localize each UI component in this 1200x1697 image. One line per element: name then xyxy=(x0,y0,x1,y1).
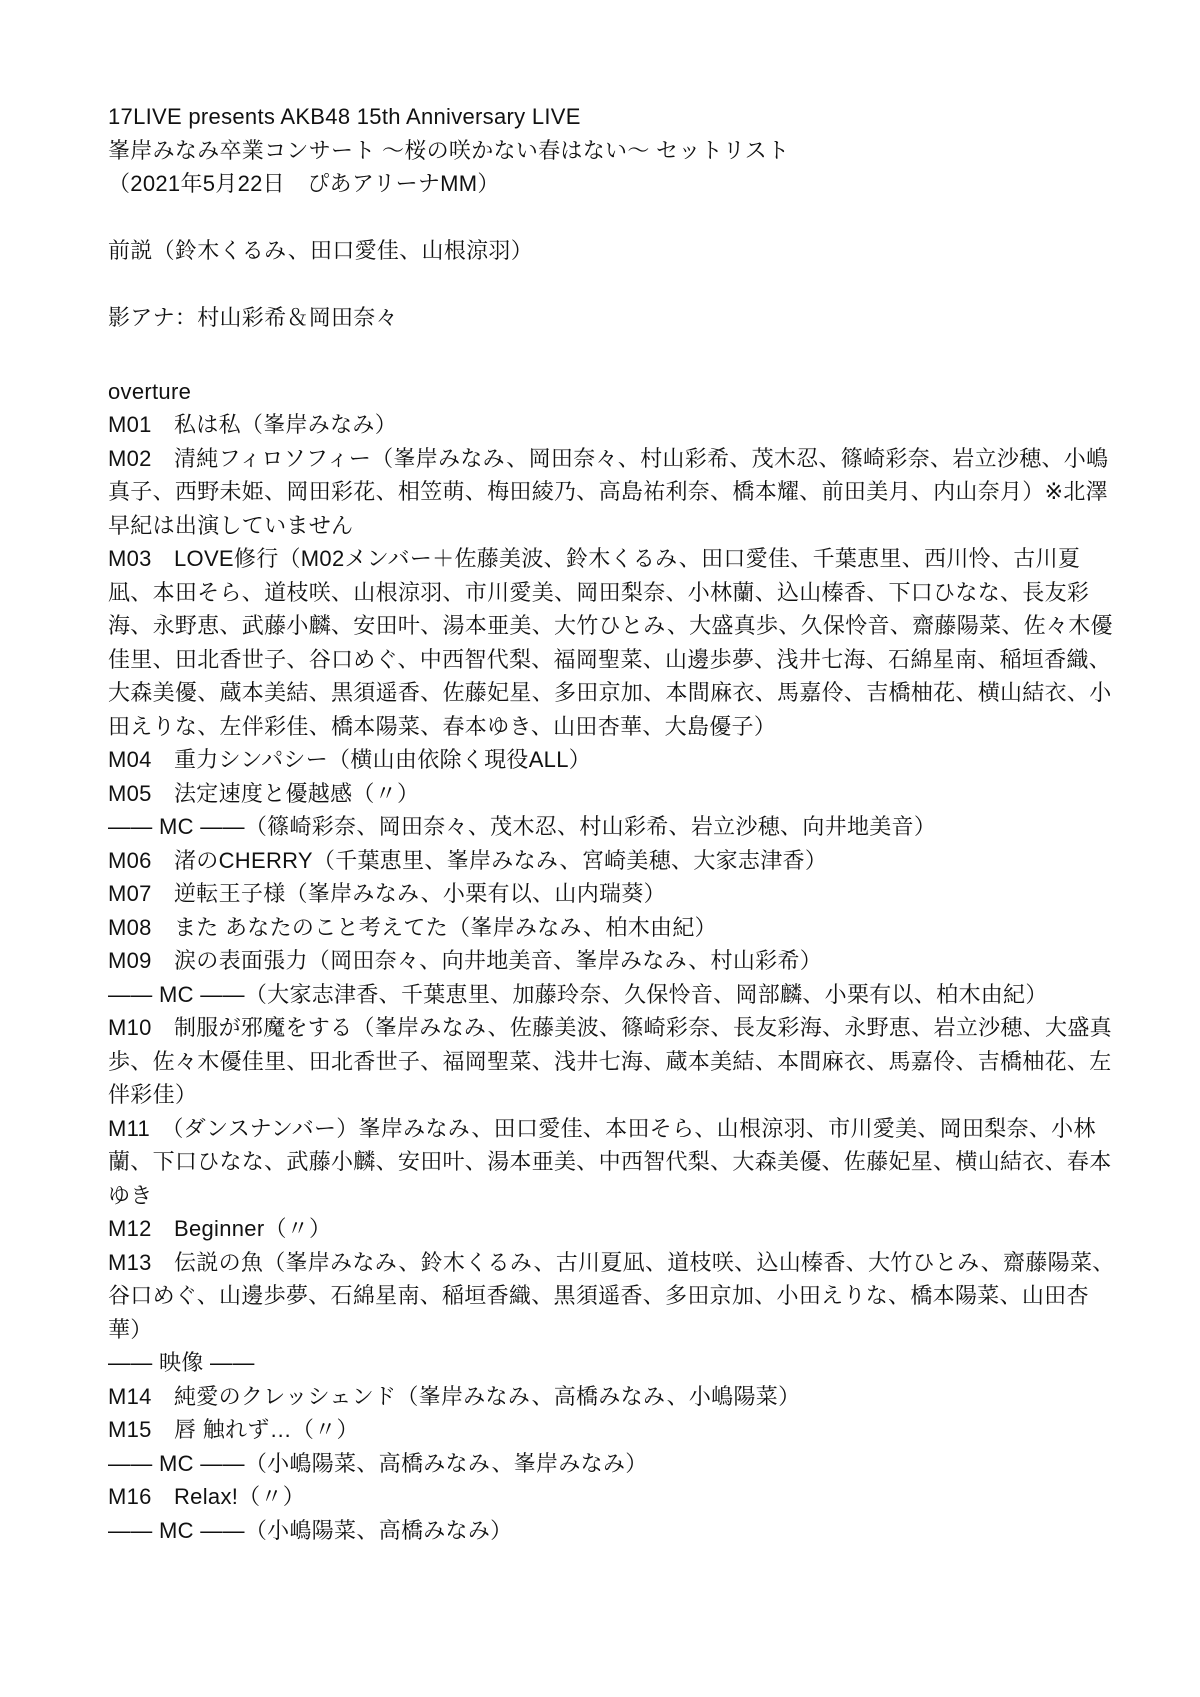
setlist-line: M06 渚のCHERRY（千葉恵里、峯岸みなみ、宮崎美穂、大家志津香） xyxy=(108,844,1115,878)
setlist-line: ―― 映像 ―― xyxy=(108,1346,1115,1380)
concert-subtitle: 峯岸みなみ卒業コンサート ～桜の咲かない春はない～ セットリスト xyxy=(108,134,1115,168)
setlist-line: M11 （ダンスナンバー）峯岸みなみ、田口愛佳、本田そら、山根涼羽、市川愛美、岡… xyxy=(108,1112,1115,1213)
setlist-line: M14 純愛のクレッシェンド（峯岸みなみ、高橋みなみ、小嶋陽菜） xyxy=(108,1380,1115,1414)
setlist: overtureM01 私は私（峯岸みなみ）M02 清純フィロソフィー（峯岸みな… xyxy=(108,375,1115,1548)
setlist-line: M12 Beginner（〃） xyxy=(108,1212,1115,1246)
event-date-venue: （2021年5月22日 ぴあアリーナMM） xyxy=(108,167,1115,201)
setlist-line: ―― MC ――（大家志津香、千葉恵里、加藤玲奈、久保怜音、岡部麟、小栗有以、柏… xyxy=(108,978,1115,1012)
setlist-line: M13 伝説の魚（峯岸みなみ、鈴木くるみ、古川夏凪、道枝咲、込山榛香、大竹ひとみ… xyxy=(108,1246,1115,1347)
shadow-announcement-line: 影アナ：村山彩希＆岡田奈々 xyxy=(108,301,1115,335)
spacer xyxy=(108,268,1115,302)
setlist-line: M07 逆転王子様（峯岸みなみ、小栗有以、山内瑞葵） xyxy=(108,877,1115,911)
setlist-line: M15 唇 触れず…（〃） xyxy=(108,1413,1115,1447)
spacer xyxy=(108,335,1115,375)
setlist-document: 17LIVE presents AKB48 15th Anniversary L… xyxy=(0,0,1200,1697)
setlist-line: M08 また あなたのこと考えてた（峯岸みなみ、柏木由紀） xyxy=(108,911,1115,945)
setlist-line: M16 Relax!（〃） xyxy=(108,1480,1115,1514)
setlist-line: M04 重力シンパシー（横山由依除く現役ALL） xyxy=(108,743,1115,777)
setlist-line: M05 法定速度と優越感（〃） xyxy=(108,777,1115,811)
spacer xyxy=(108,201,1115,235)
setlist-line: ―― MC ――（篠崎彩奈、岡田奈々、茂木忍、村山彩希、岩立沙穂、向井地美音） xyxy=(108,810,1115,844)
setlist-line: M10 制服が邪魔をする（峯岸みなみ、佐藤美波、篠崎彩奈、長友彩海、永野恵、岩立… xyxy=(108,1011,1115,1112)
setlist-line: ―― MC ――（小嶋陽菜、高橋みなみ、峯岸みなみ） xyxy=(108,1447,1115,1481)
setlist-line: ―― MC ――（小嶋陽菜、高橋みなみ） xyxy=(108,1514,1115,1548)
preshow-line: 前説（鈴木くるみ、田口愛佳、山根涼羽） xyxy=(108,234,1115,268)
setlist-line: M03 LOVE修行（M02メンバー＋佐藤美波、鈴木くるみ、田口愛佳、千葉恵里、… xyxy=(108,542,1115,743)
event-title: 17LIVE presents AKB48 15th Anniversary L… xyxy=(108,100,1115,134)
setlist-line: M09 涙の表面張力（岡田奈々、向井地美音、峯岸みなみ、村山彩希） xyxy=(108,944,1115,978)
setlist-line: M01 私は私（峯岸みなみ） xyxy=(108,408,1115,442)
setlist-line: overture xyxy=(108,375,1115,409)
setlist-line: M02 清純フィロソフィー（峯岸みなみ、岡田奈々、村山彩希、茂木忍、篠崎彩奈、岩… xyxy=(108,442,1115,543)
